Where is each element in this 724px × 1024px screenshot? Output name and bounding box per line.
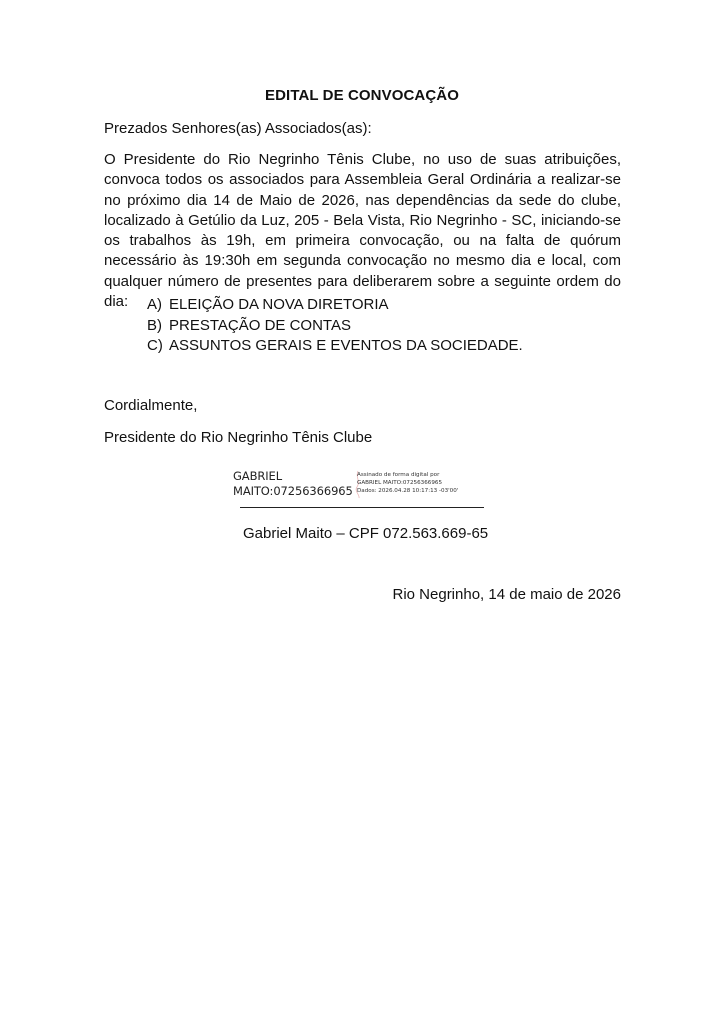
signature-name-line2: MAITO:07256366965 <box>233 484 353 499</box>
digital-signature-name: GABRIEL MAITO:07256366965 <box>233 469 353 499</box>
agenda-text: ASSUNTOS GERAIS E EVENTOS DA SOCIEDADE. <box>169 336 523 357</box>
agenda-item: B) PRESTAÇÃO DE CONTAS <box>147 316 523 337</box>
signer-name: Gabriel Maito – CPF 072.563.669-65 <box>243 525 488 542</box>
agenda-item: A) ELEIÇÃO DA NOVA DIRETORIA <box>147 295 523 316</box>
body-paragraph: O Presidente do Rio Negrinho Tênis Clube… <box>104 150 621 312</box>
digital-signature-stamp: GABRIEL MAITO:07256366965 Assinado de fo… <box>233 469 485 501</box>
agenda-marker: A) <box>147 295 169 316</box>
agenda-list: A) ELEIÇÃO DA NOVA DIRETORIA B) PRESTAÇÃ… <box>147 295 523 357</box>
signature-detail-line2: GABRIEL MAITO:07256366965 <box>357 479 458 487</box>
digital-signature-details: Assinado de forma digital por GABRIEL MA… <box>357 471 458 495</box>
signature-detail-line3: Dados: 2026.04.28 10:17:13 -03'00' <box>357 487 458 495</box>
agenda-item: C) ASSUNTOS GERAIS E EVENTOS DA SOCIEDAD… <box>147 336 523 357</box>
signer-title: Presidente do Rio Negrinho Tênis Clube <box>104 429 372 446</box>
agenda-text: ELEIÇÃO DA NOVA DIRETORIA <box>169 295 389 316</box>
greeting: Prezados Senhores(as) Associados(as): <box>104 120 372 137</box>
signature-detail-line1: Assinado de forma digital por <box>357 471 458 479</box>
agenda-marker: B) <box>147 316 169 337</box>
place-and-date: Rio Negrinho, 14 de maio de 2026 <box>393 586 622 603</box>
closing: Cordialmente, <box>104 397 197 414</box>
signature-line <box>240 507 484 508</box>
agenda-text: PRESTAÇÃO DE CONTAS <box>169 316 351 337</box>
document-page: EDITAL DE CONVOCAÇÃO Prezados Senhores(a… <box>0 0 724 1024</box>
agenda-marker: C) <box>147 336 169 357</box>
document-title: EDITAL DE CONVOCAÇÃO <box>0 87 724 104</box>
signature-name-line1: GABRIEL <box>233 469 353 484</box>
